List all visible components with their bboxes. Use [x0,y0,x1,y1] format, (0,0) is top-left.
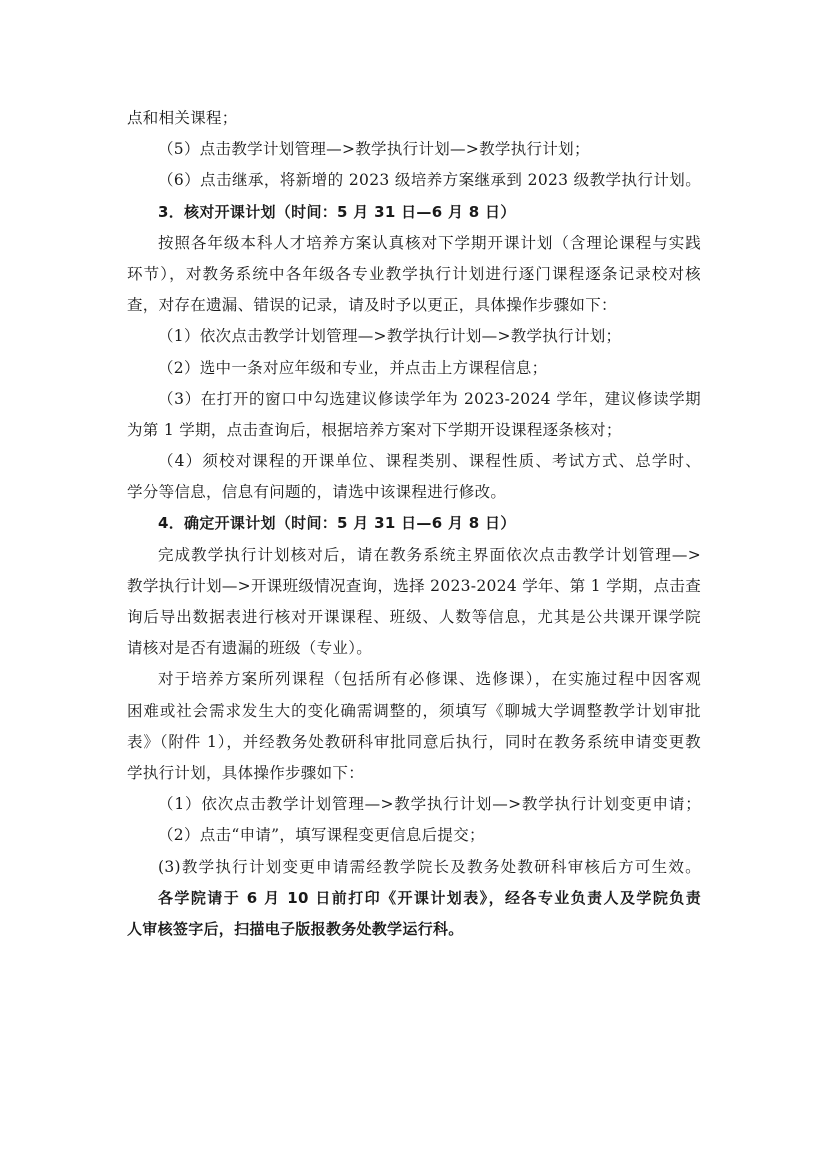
paragraph-line: 请核对是否有遗漏的班级（专业）。 [127,633,701,664]
document-page: 点和相关课程； （5）点击教学计划管理—>教学执行计划—>教学执行计划； （6）… [127,103,701,945]
paragraph-line: 表》（附件 1），并经教务处教研科审批同意后执行，同时在教务系统申请变更教 [127,727,701,758]
paragraph-line: 点和相关课程； [127,103,701,134]
paragraph-line: 查，对存在遗漏、错误的记录，请及时予以更正，具体操作步骤如下： [127,290,701,321]
paragraph-line: 为第 1 学期，点击查询后，根据培养方案对下学期开设课程逐条核对； [127,415,701,446]
step-4-line: （4）须校对课程的开课单位、课程类别、课程性质、考试方式、总学时、 [127,446,701,477]
section-heading-4: 4．确定开课计划（时间：5 月 31 日—6 月 8 日） [127,508,701,539]
step-2-line: （2）选中一条对应年级和专业，并点击上方课程信息； [127,353,701,384]
paragraph-line: 教学执行计划—>开课班级情况查询，选择 2023-2024 学年、第 1 学期，… [127,571,701,602]
notice-line: 人审核签字后，扫描电子版报教务处教学运行科。 [127,914,701,945]
paragraph-line: 对于培养方案所列课程（包括所有必修课、选修课），在实施过程中因客观 [127,664,701,695]
step-5-line: （5）点击教学计划管理—>教学执行计划—>教学执行计划； [127,134,701,165]
section-heading-3: 3．核对开课计划（时间：5 月 31 日—6 月 8 日） [127,197,701,228]
change-step-3-line: (3)教学执行计划变更申请需经教学院长及教务处教研科审核后方可生效。 [127,852,701,883]
paragraph-line: 困难或社会需求发生大的变化确需调整的，须填写《聊城大学调整教学计划审批 [127,696,701,727]
paragraph-line: 完成教学执行计划核对后，请在教务系统主界面依次点击教学计划管理—> [127,540,701,571]
paragraph-line: 按照各年级本科人才培养方案认真核对下学期开课计划（含理论课程与实践 [127,228,701,259]
paragraph-line: 学分等信息，信息有问题的，请选中该课程进行修改。 [127,477,701,508]
paragraph-line: 询后导出数据表进行核对开课课程、班级、人数等信息，尤其是公共课开课学院 [127,602,701,633]
step-1-line: （1）依次点击教学计划管理—>教学执行计划—>教学执行计划； [127,321,701,352]
change-step-1-line: （1）依次点击教学计划管理—>教学执行计划—>教学执行计划变更申请； [127,789,701,820]
paragraph-line: 学执行计划，具体操作步骤如下： [127,758,701,789]
paragraph-line: 环节），对教务系统中各年级各专业教学执行计划进行逐门课程逐条记录校对核 [127,259,701,290]
step-6-line: （6）点击继承，将新增的 2023 级培养方案继承到 2023 级教学执行计划。 [127,165,701,196]
notice-line: 各学院请于 6 月 10 日前打印《开课计划表》，经各专业负责人及学院负责 [127,883,701,914]
step-3-line: （3）在打开的窗口中勾选建议修读学年为 2023-2024 学年，建议修读学期 [127,384,701,415]
change-step-2-line: （2）点击“申请”，填写课程变更信息后提交； [127,820,701,851]
